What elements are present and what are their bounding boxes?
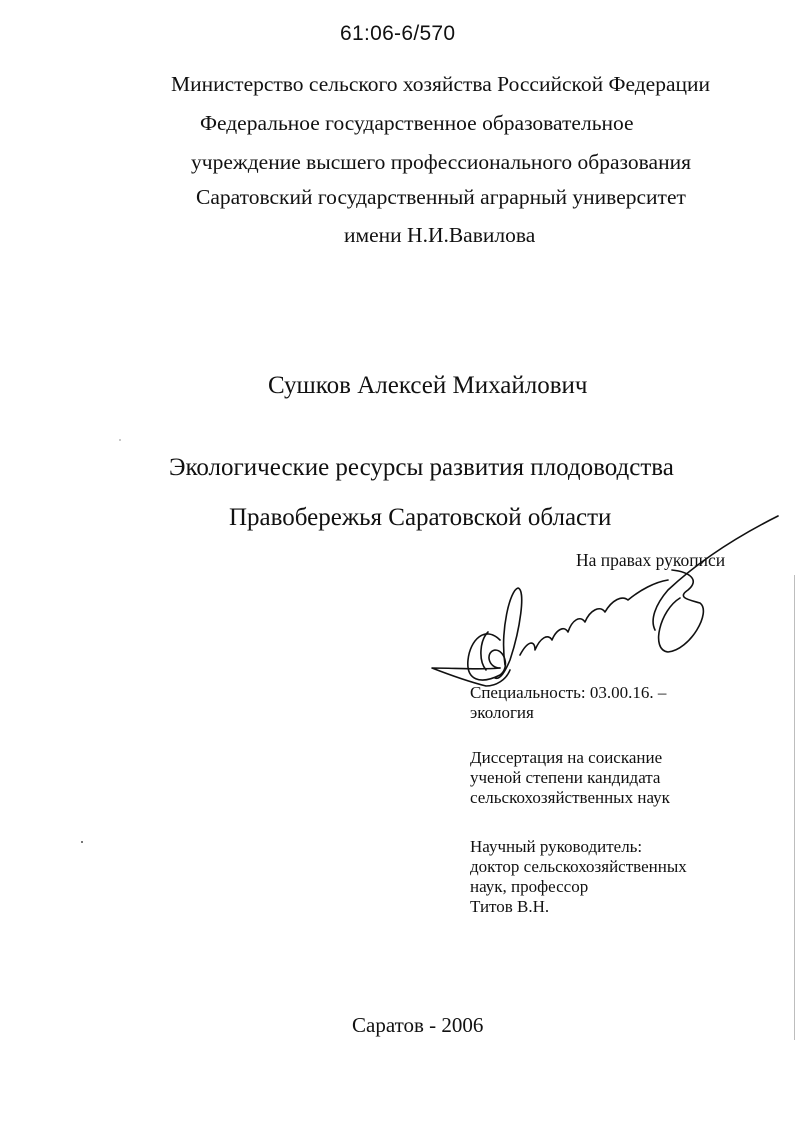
supervisor-line4: Титов В.Н. — [470, 897, 687, 917]
supervisor-block: Научный руководитель: доктор сельскохозя… — [470, 837, 687, 917]
place-and-year: Саратов - 2006 — [352, 1013, 483, 1038]
header-university-name: имени Н.И.Вавилова — [344, 223, 796, 248]
degree-line2: ученой степени кандидата — [470, 768, 670, 788]
thesis-title-line1: Экологические ресурсы развития плодоводс… — [169, 454, 674, 482]
header-university: Саратовский государственный аграрный уни… — [196, 185, 796, 210]
supervisor-line3: наук, профессор — [470, 877, 687, 897]
degree-line3: сельскохозяйственных наук — [470, 788, 670, 808]
thesis-title-line2: Правобережья Саратовской области — [229, 504, 611, 532]
author-name: Сушков Алексей Михайлович — [268, 372, 588, 400]
header-ministry: Министерство сельского хозяйства Российс… — [171, 72, 796, 97]
specialty-block: Специальность: 03.00.16. – экология — [470, 683, 666, 723]
supervisor-line1: Научный руководитель: — [470, 837, 687, 857]
archive-code: 61:06-6/570 — [340, 22, 455, 46]
supervisor-line2: доктор сельскохозяйственных — [470, 857, 687, 877]
degree-block: Диссертация на соискание ученой степени … — [470, 748, 670, 808]
degree-line1: Диссертация на соискание — [470, 748, 670, 768]
page-edge-line — [794, 575, 795, 1040]
header-education-level: учреждение высшего профессионального обр… — [191, 150, 796, 175]
header-institution-type: Федеральное государственное образователь… — [200, 111, 796, 136]
specialty-line1: Специальность: 03.00.16. – — [470, 683, 666, 703]
specialty-line2: экология — [470, 703, 666, 723]
scan-speck — [119, 439, 121, 441]
manuscript-note: На правах рукописи — [576, 550, 725, 571]
scan-speck — [81, 841, 83, 843]
